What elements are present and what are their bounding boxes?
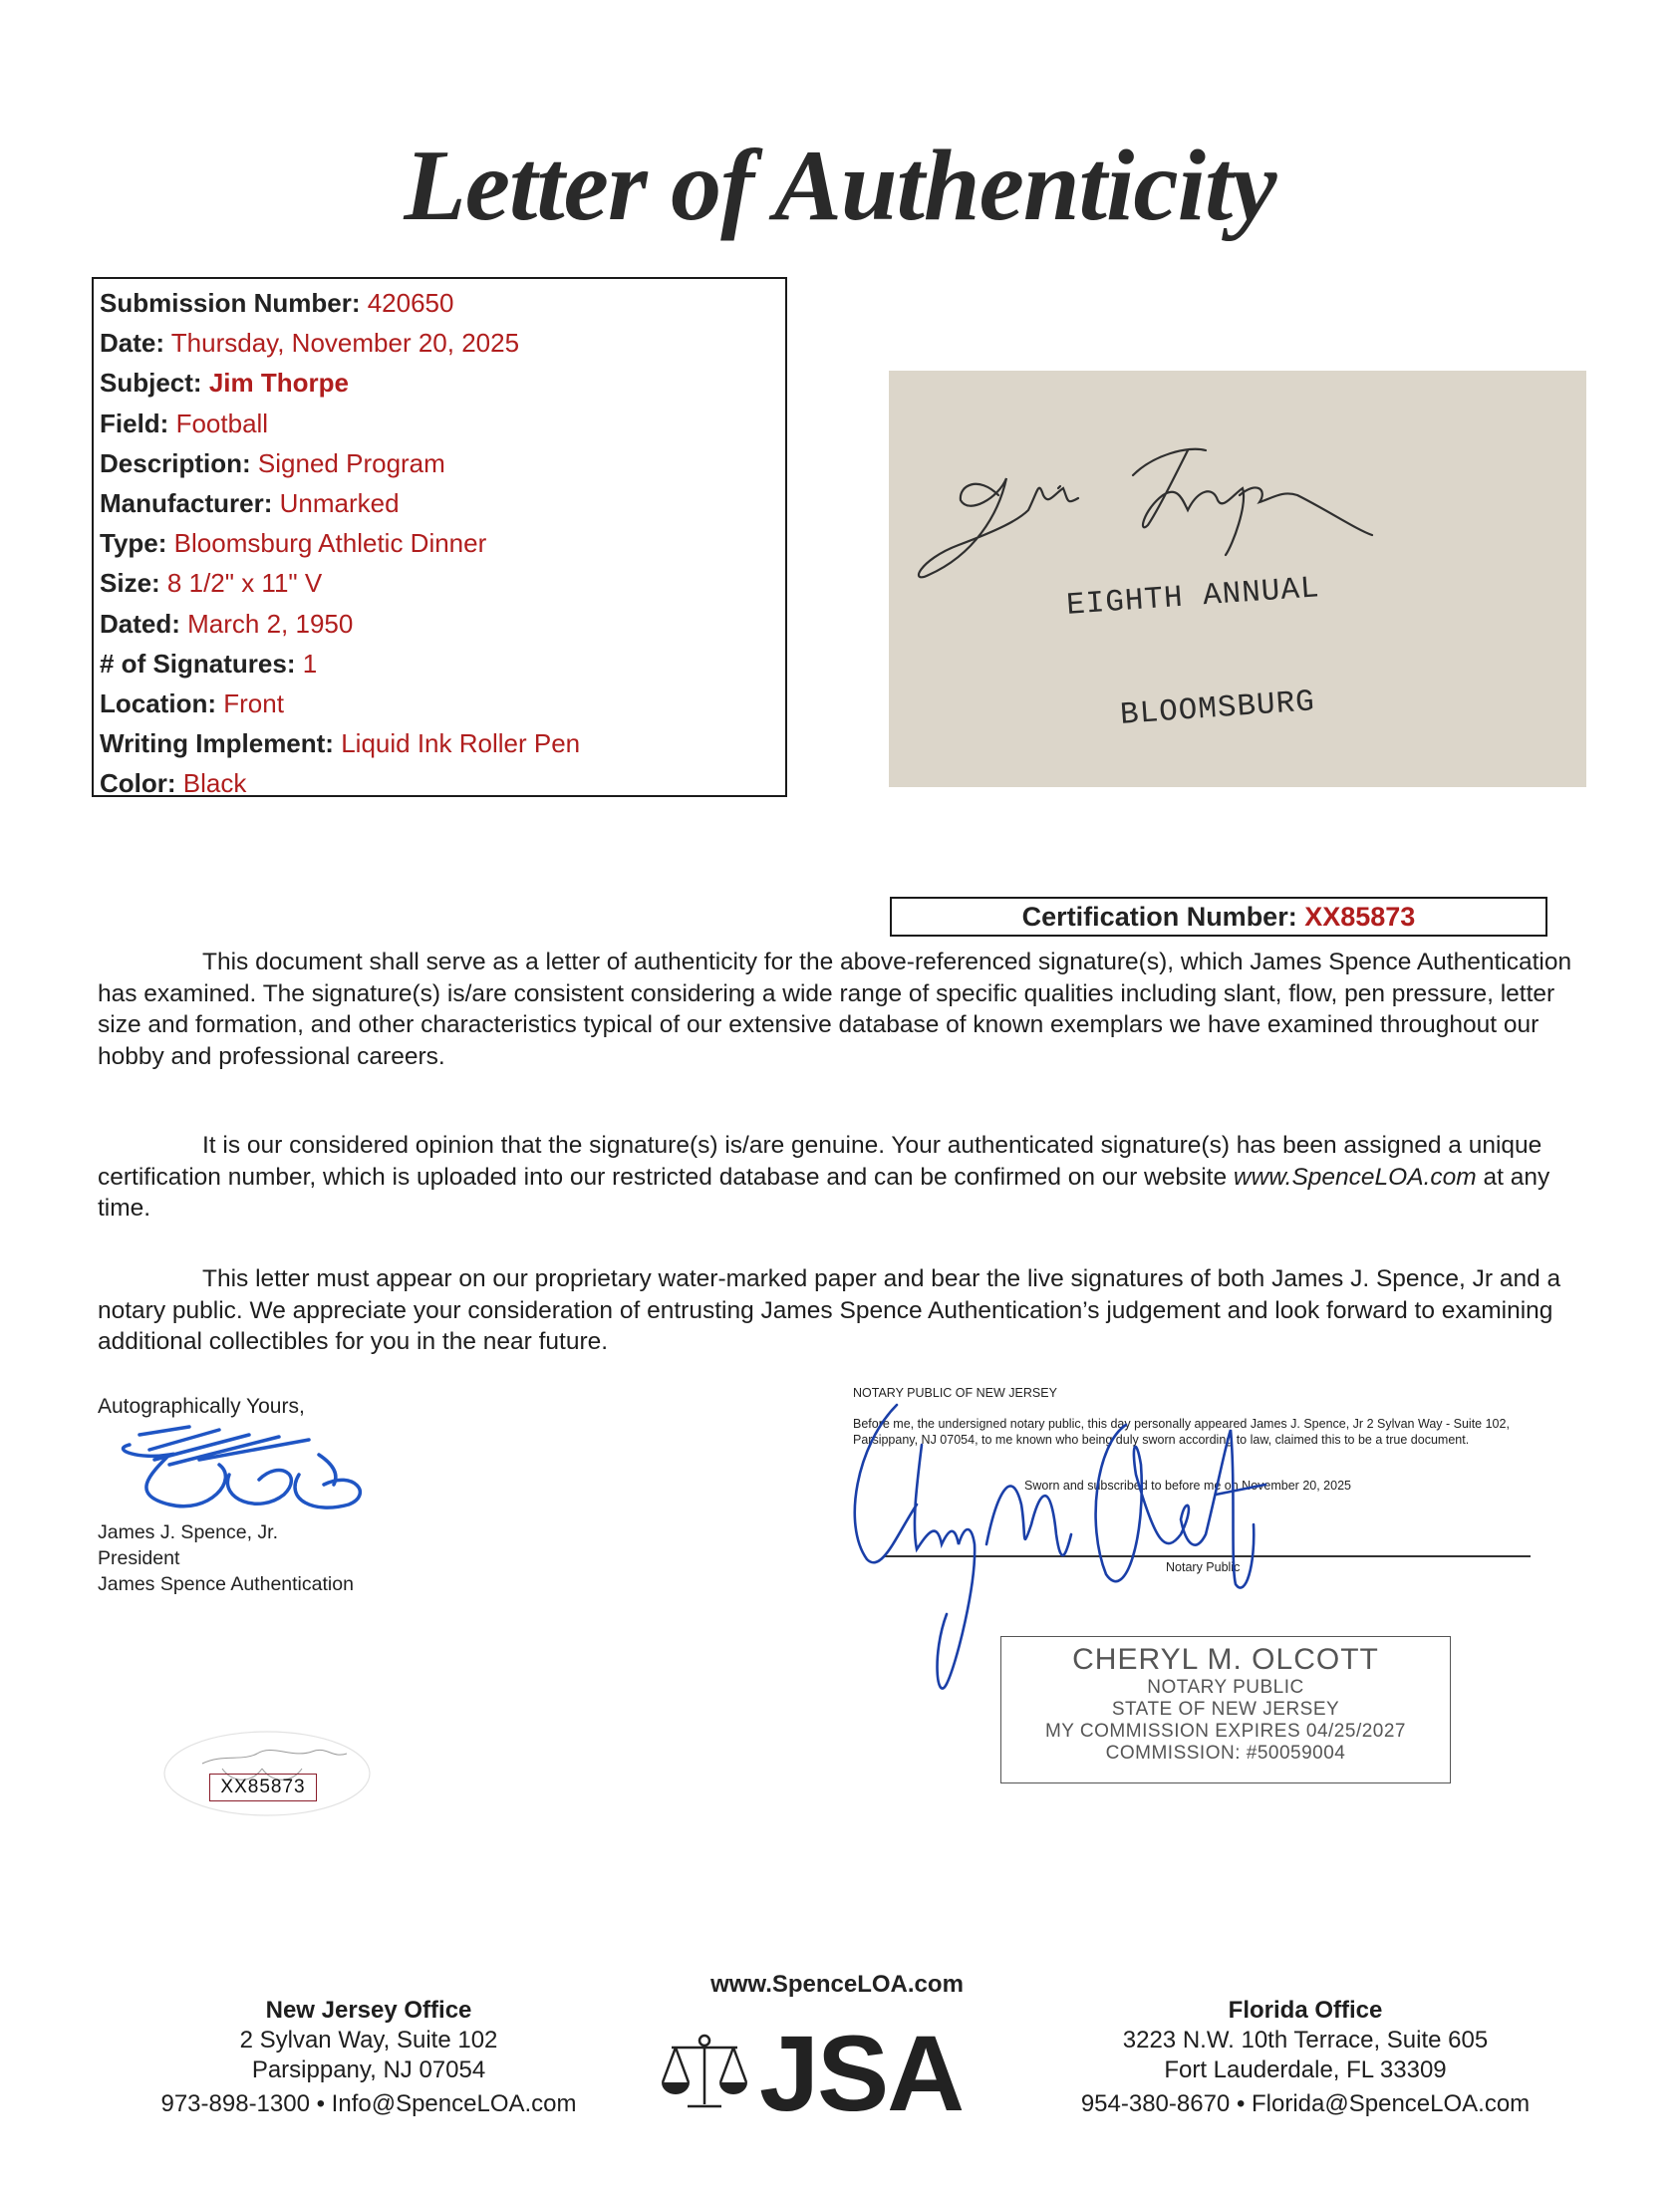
- info-row: Dated: March 2, 1950: [100, 604, 785, 644]
- info-row: Writing Implement: Liquid Ink Roller Pen: [100, 723, 785, 763]
- nj-contact: 973-898-1300 • Info@SpenceLOA.com: [159, 2089, 578, 2119]
- signer-name: James J. Spence, Jr.: [98, 1519, 354, 1545]
- scales-of-justice-icon: [660, 2033, 749, 2112]
- nj-office-block: New Jersey Office 2 Sylvan Way, Suite 10…: [159, 1996, 578, 2119]
- info-row: Subject: Jim Thorpe: [100, 363, 785, 403]
- jsa-wordmark: JSA: [759, 2011, 963, 2135]
- nj-office-title: New Jersey Office: [159, 1996, 578, 2026]
- info-label: Description:: [100, 448, 251, 478]
- info-value: Black: [183, 768, 247, 798]
- stamp-line-3: MY COMMISSION EXPIRES 04/25/2027: [1001, 1721, 1450, 1743]
- info-row: # of Signatures: 1: [100, 644, 785, 684]
- info-row: Color: Black: [100, 763, 785, 803]
- info-row: Submission Number: 420650: [100, 283, 785, 323]
- hologram-sticker: XX85873: [162, 1724, 372, 1818]
- info-value: March 2, 1950: [187, 609, 353, 639]
- signer-block: James J. Spence, Jr. President James Spe…: [98, 1519, 354, 1597]
- info-label: Dated:: [100, 609, 180, 639]
- info-label: Subject:: [100, 368, 202, 398]
- nj-address-1: 2 Sylvan Way, Suite 102: [159, 2026, 578, 2055]
- info-value: Liquid Ink Roller Pen: [341, 728, 580, 758]
- info-label: Writing Implement:: [100, 728, 334, 758]
- fl-office-block: Florida Office 3223 N.W. 10th Terrace, S…: [1036, 1996, 1574, 2119]
- info-row: Field: Football: [100, 404, 785, 443]
- paragraph-text: This letter must appear on our proprieta…: [98, 1265, 1560, 1355]
- info-label: Date:: [100, 328, 164, 358]
- notary-stamp: CHERYL M. OLCOTT NOTARY PUBLIC STATE OF …: [1000, 1636, 1451, 1783]
- fl-contact: 954-380-8670 • Florida@SpenceLOA.com: [1036, 2089, 1574, 2119]
- info-label: Location:: [100, 688, 216, 718]
- fl-office-title: Florida Office: [1036, 1996, 1574, 2026]
- body-paragraph-2: It is our considered opinion that the si…: [98, 1130, 1572, 1225]
- info-value: Jim Thorpe: [209, 368, 349, 398]
- stamp-name: CHERYL M. OLCOTT: [1001, 1643, 1450, 1677]
- info-label: Type:: [100, 528, 166, 558]
- page-title: Letter of Authenticity: [0, 128, 1680, 244]
- info-label: Field:: [100, 409, 168, 438]
- signer-role: President: [98, 1545, 354, 1571]
- info-row: Location: Front: [100, 684, 785, 723]
- info-value: Front: [223, 688, 284, 718]
- stamp-line-1: NOTARY PUBLIC: [1001, 1677, 1450, 1699]
- signed-item-photo: EIGHTH ANNUAL BLOOMSBURG: [889, 371, 1586, 787]
- body-paragraph-1: This document shall serve as a letter of…: [98, 947, 1572, 1072]
- info-label: Color:: [100, 768, 176, 798]
- info-value: Unmarked: [280, 488, 400, 518]
- sticker-number: XX85873: [209, 1774, 317, 1801]
- info-row: Manufacturer: Unmarked: [100, 483, 785, 523]
- info-value: Football: [176, 409, 269, 438]
- info-value: 420650: [368, 288, 454, 318]
- certification-number: XX85873: [1304, 902, 1415, 932]
- certification-label: Certification Number:: [1022, 902, 1297, 932]
- info-label: Manufacturer:: [100, 488, 272, 518]
- paragraph-text: This document shall serve as a letter of…: [98, 949, 1571, 1070]
- info-label: Size:: [100, 568, 160, 598]
- stamp-line-4: COMMISSION: #50059004: [1001, 1743, 1450, 1765]
- info-value: Signed Program: [258, 448, 445, 478]
- website-link[interactable]: www.SpenceLOA.com: [1234, 1164, 1477, 1191]
- james-spence-signature: [110, 1405, 389, 1514]
- nj-address-2: Parsippany, NJ 07054: [159, 2055, 578, 2085]
- stamp-line-2: STATE OF NEW JERSEY: [1001, 1699, 1450, 1721]
- signer-company: James Spence Authentication: [98, 1571, 354, 1597]
- info-value: Thursday, November 20, 2025: [171, 328, 519, 358]
- info-row: Description: Signed Program: [100, 443, 785, 483]
- info-value: 1: [303, 649, 317, 679]
- body-paragraph-3: This letter must appear on our proprieta…: [98, 1263, 1572, 1358]
- info-label: # of Signatures:: [100, 649, 295, 679]
- info-row: Date: Thursday, November 20, 2025: [100, 323, 785, 363]
- info-row: Size: 8 1/2" x 11" V: [100, 563, 785, 603]
- item-info-box: Submission Number: 420650Date: Thursday,…: [92, 277, 787, 797]
- info-label: Submission Number:: [100, 288, 360, 318]
- info-value: 8 1/2" x 11" V: [167, 568, 322, 598]
- info-value: Bloomsburg Athletic Dinner: [174, 528, 487, 558]
- info-row: Type: Bloomsburg Athletic Dinner: [100, 523, 785, 563]
- certification-number-box: Certification Number: XX85873: [890, 897, 1547, 937]
- fl-address-2: Fort Lauderdale, FL 33309: [1036, 2055, 1574, 2085]
- footer-website[interactable]: www.SpenceLOA.com: [638, 1971, 1036, 1999]
- fl-address-1: 3223 N.W. 10th Terrace, Suite 605: [1036, 2026, 1574, 2055]
